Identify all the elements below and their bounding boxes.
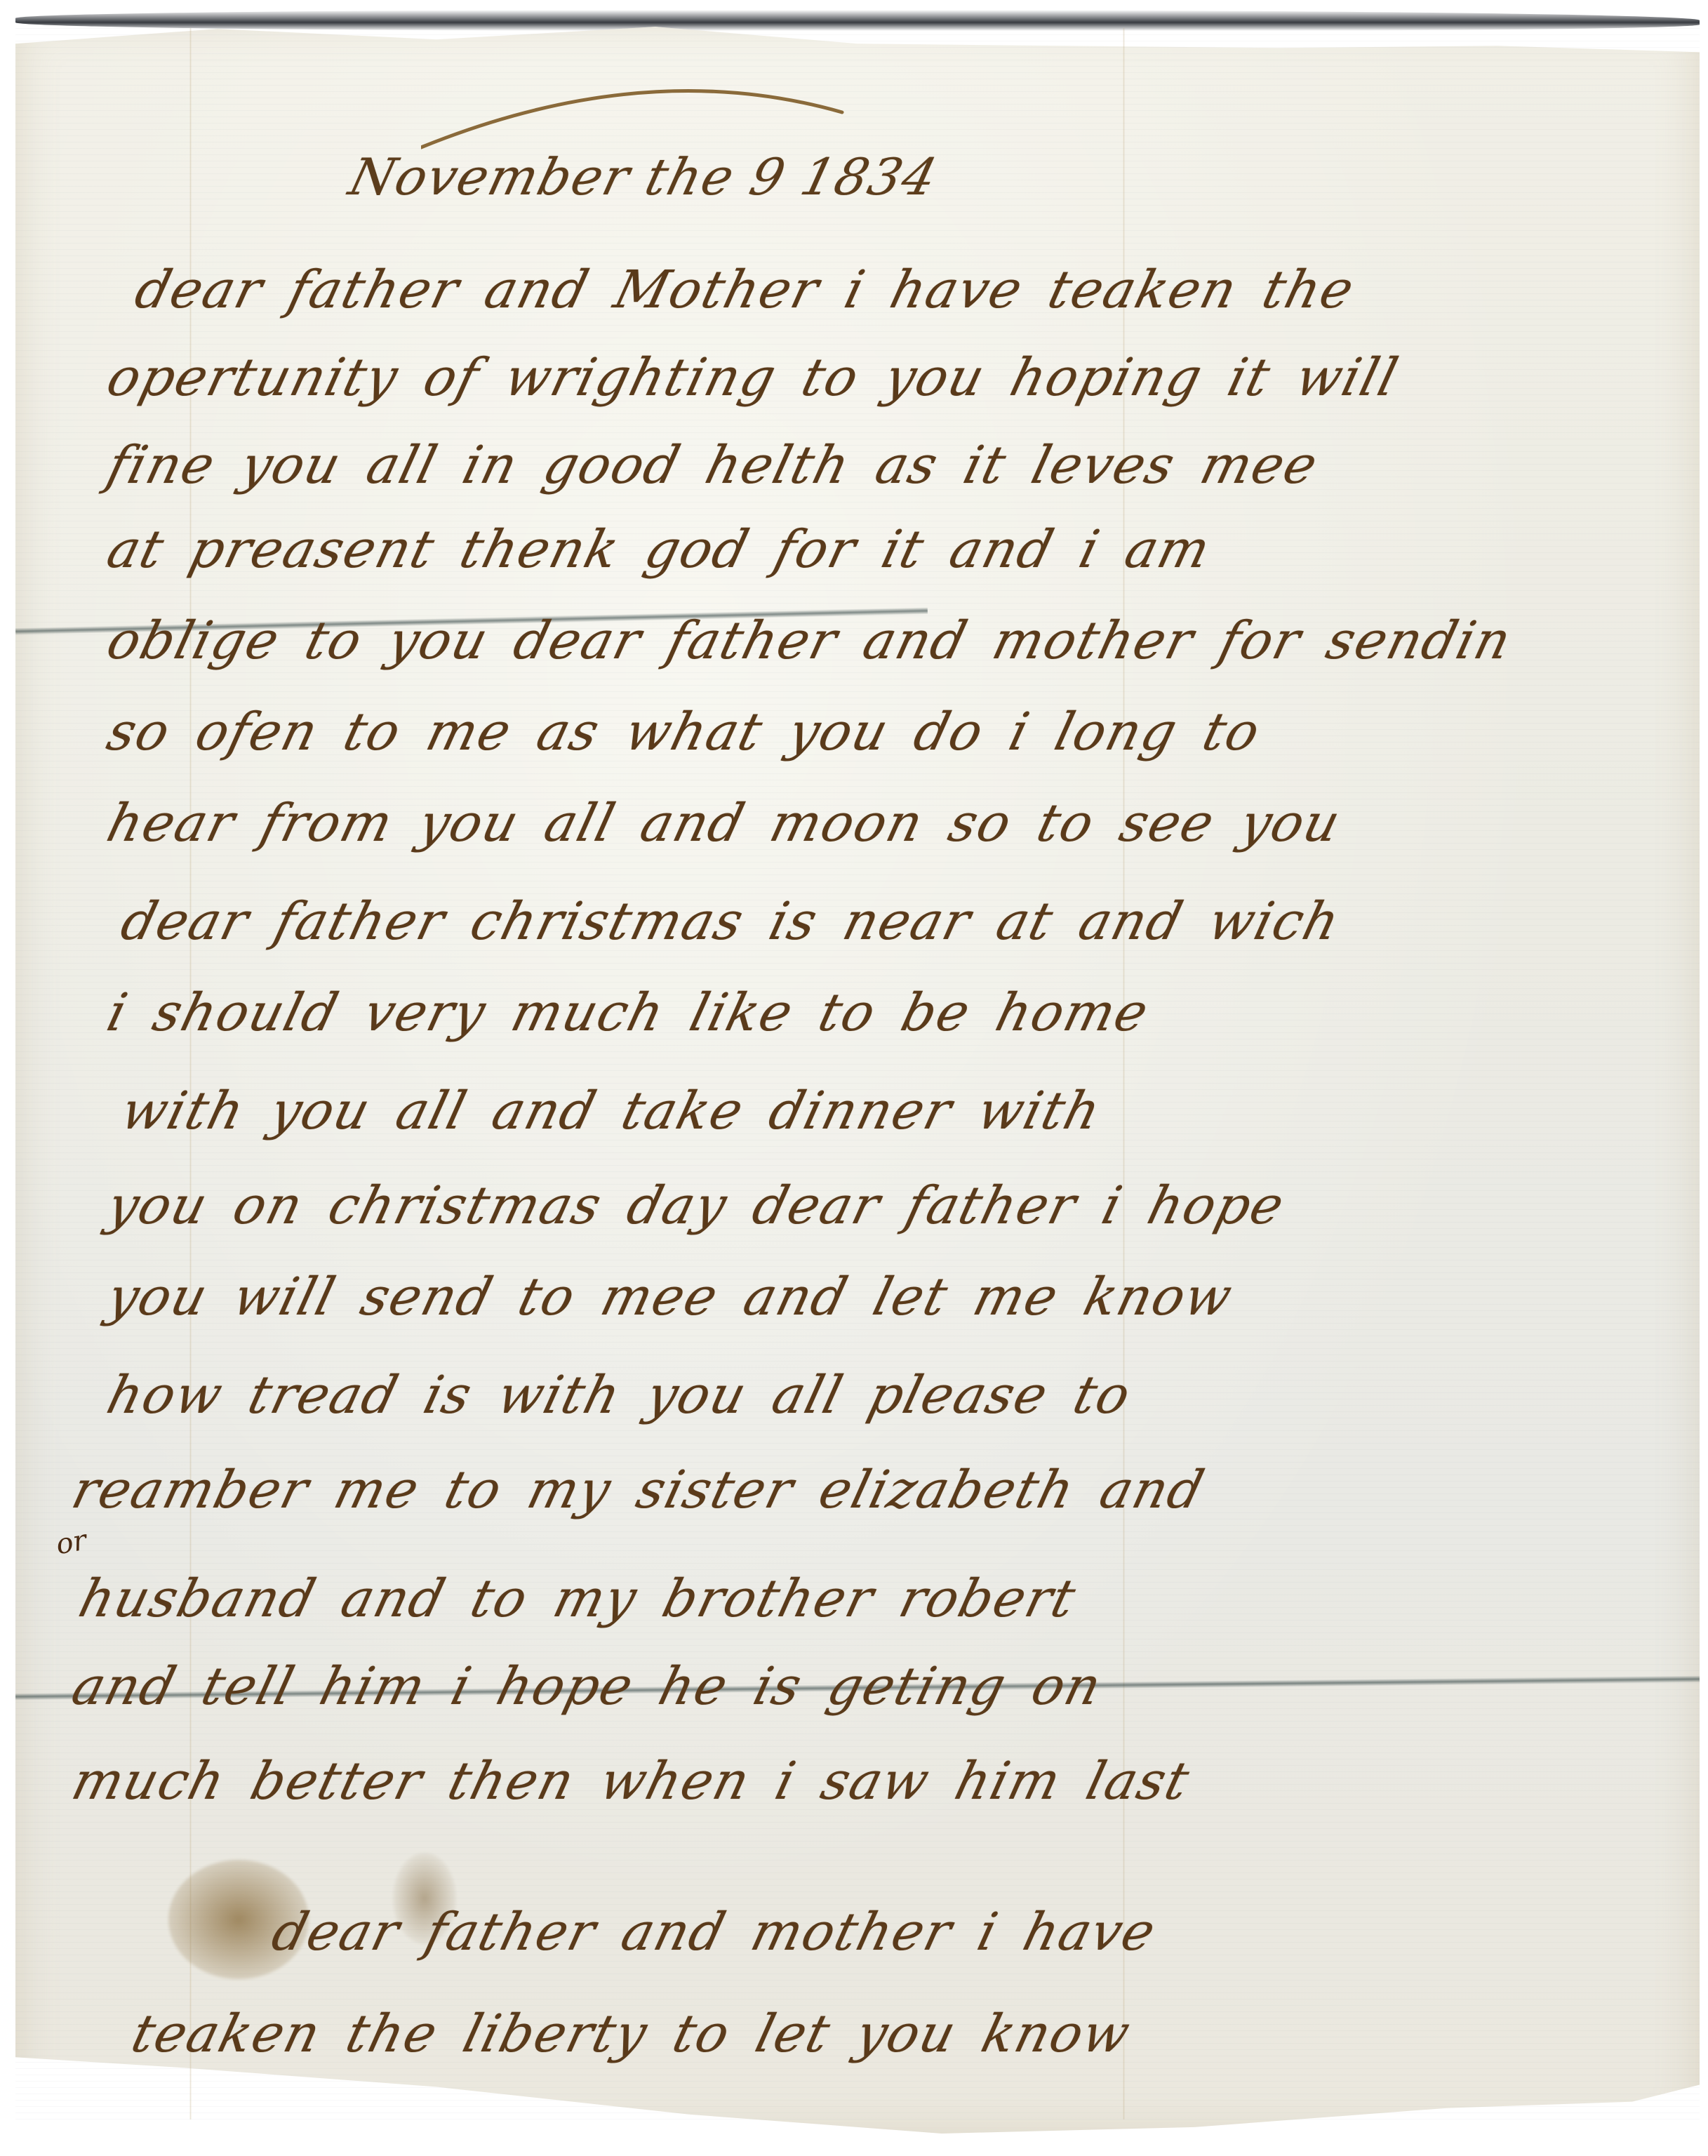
letter-line-3: fine you all in good helth as it leves m… xyxy=(101,435,1324,495)
letter-line-7: hear from you all and moon so to see you xyxy=(101,793,1347,853)
letter-date: November the 9 1834 xyxy=(344,147,945,206)
letter-line-4: at preasent thenk god for it and i am xyxy=(101,519,1217,580)
letter-line-18: dear father and mother i have xyxy=(266,1902,1162,1962)
letter-line-9: i should very much like to be home xyxy=(101,983,1155,1043)
letter-line-8: dear father christmas is near at and wic… xyxy=(115,891,1347,952)
letter-line-1: dear father and Mother i have teaken the xyxy=(129,260,1361,320)
letter-line-15: husband and to my brother robert xyxy=(73,1569,1082,1629)
letter-line-2: opertunity of wrighting to you hoping it… xyxy=(101,347,1405,408)
letter-paper xyxy=(15,18,1700,2138)
letter-line-19: teaken the liberty to let you know xyxy=(126,2004,1137,2064)
flourish-decoration xyxy=(421,70,1053,154)
letter-line-5: oblige to you dear father and mother for… xyxy=(101,611,1518,671)
letter-line-12: you will send to mee and let me know xyxy=(101,1267,1239,1327)
paper-top-edge xyxy=(15,10,1700,31)
letter-line-6: so ofen to me as what you do i long to xyxy=(101,702,1267,762)
margin-note: or xyxy=(53,1524,89,1562)
letter-line-10: with you all and take dinner with xyxy=(115,1081,1107,1141)
letter-line-13: how tread is with you all please to xyxy=(101,1365,1137,1425)
letter-line-11: you on christmas day dear father i hope xyxy=(101,1176,1291,1236)
letter-line-17: much better then when i saw him last xyxy=(66,1751,1196,1811)
letter-line-14: reamber me to my sister elizabeth and xyxy=(66,1460,1210,1520)
letter-line-16: and tell him i hope he is geting on xyxy=(66,1656,1108,1717)
